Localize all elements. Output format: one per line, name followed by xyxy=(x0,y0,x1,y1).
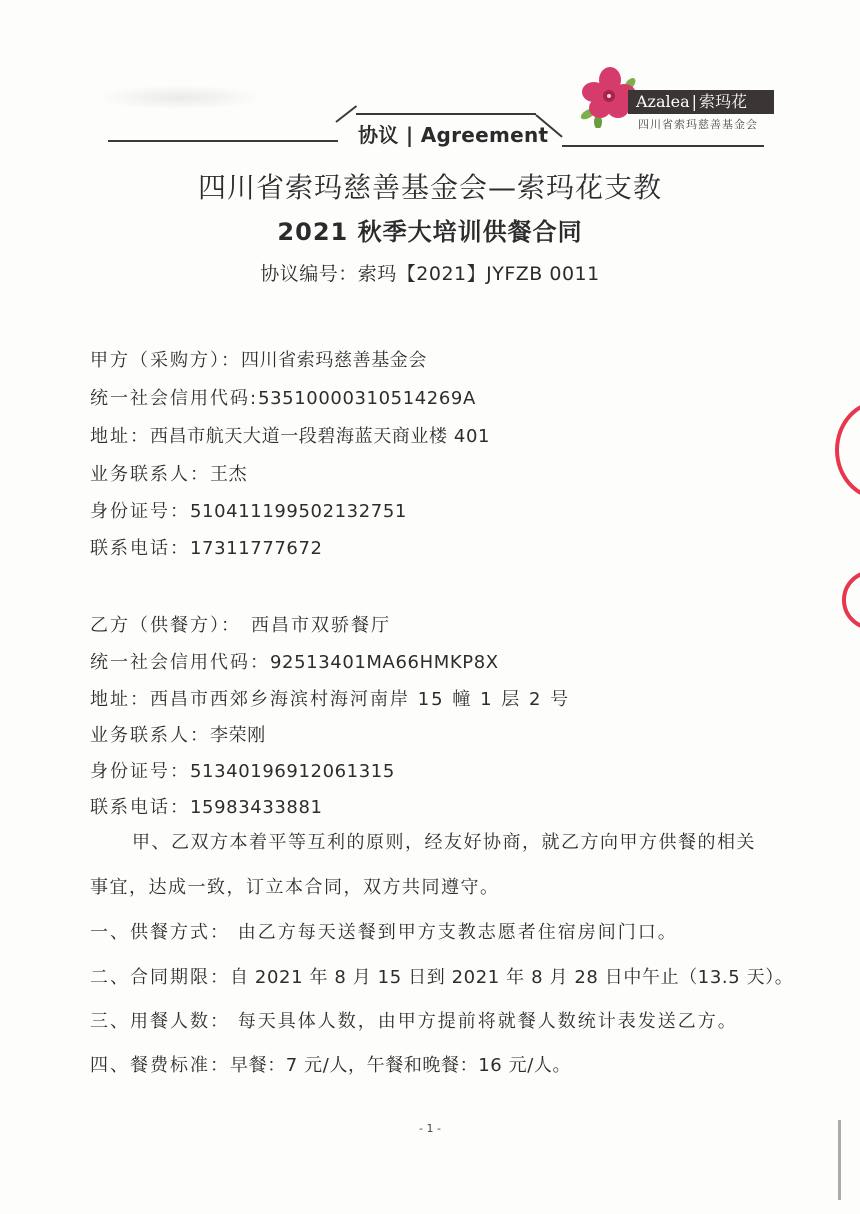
party-b-phone-label: 联系电话： xyxy=(90,797,190,818)
clause-4-label: 四、餐费标准： xyxy=(90,1055,230,1076)
party-b-phone-line: 联系电话：15983433881 xyxy=(90,793,323,819)
party-a-label: 甲方（采购方）： xyxy=(90,350,241,371)
party-b-credit-code: 92513401MA66HMKP8X xyxy=(270,652,499,673)
clause-4: 四、餐费标准：早餐：7 元/人，午餐和晚餐：16 元/人。 xyxy=(90,1051,571,1077)
party-b-address-label: 地址： xyxy=(90,689,150,710)
party-a-contact: 王杰 xyxy=(210,464,247,485)
party-a-id-number: 510411199502132751 xyxy=(190,501,407,522)
intro-line-2: 事宜，达成一致，订立本合同，双方共同遵守。 xyxy=(90,873,500,899)
document-subtitle: 2021 秋季大培训供餐合同 xyxy=(0,212,860,247)
party-b-phone: 15983433881 xyxy=(190,797,323,818)
party-b-address-line: 地址：西昌市西郊乡海滨村海河南岸 15 幢 1 层 2 号 xyxy=(90,685,570,711)
document-title: 四川省索玛慈善基金会—索玛花支教 xyxy=(0,166,860,206)
party-b-contact: 李荣刚 xyxy=(210,725,266,746)
party-a-address-label: 地址： xyxy=(90,426,150,447)
party-a-credit-code: 53510000310514269A xyxy=(258,388,476,409)
party-b-id-number: 51340196912061315 xyxy=(190,761,395,782)
party-a-credit-line: 统一社会信用代码:53510000310514269A xyxy=(90,384,476,410)
scan-smudge xyxy=(95,85,265,110)
party-a-name-line: 甲方（采购方）：四川省索玛慈善基金会 xyxy=(90,346,427,372)
party-a-contact-label: 业务联系人： xyxy=(90,464,210,485)
agreement-label: 协议 | Agreement xyxy=(358,119,548,148)
contract-page: 协议 | Agreement Azalea|索玛花 四川省索玛慈善基金会 四川省… xyxy=(0,0,860,1214)
party-a-credit-label: 统一社会信用代码: xyxy=(90,388,258,409)
header-rule-left xyxy=(108,140,338,142)
party-a-id-line: 身份证号：510411199502132751 xyxy=(90,497,407,523)
logo-brand-band: Azalea|索玛花 xyxy=(628,90,774,114)
party-b-credit-label: 统一社会信用代码： xyxy=(90,652,270,673)
party-b-label: 乙方（供餐方）： xyxy=(90,615,241,636)
red-seal-upper xyxy=(835,400,860,500)
party-a-address: 西昌市航天大道一段碧海蓝天商业楼 401 xyxy=(150,426,490,447)
clause-1-label: 一、供餐方式： xyxy=(90,922,230,943)
logo-subtitle: 四川省索玛慈善基金会 xyxy=(638,116,758,132)
clause-2-text: 自 2021 年 8 月 15 日到 2021 年 8 月 28 日中午止（13… xyxy=(230,967,793,988)
azalea-logo: Azalea|索玛花 四川省索玛慈善基金会 xyxy=(572,60,772,140)
scan-edge-mark xyxy=(838,1120,841,1200)
logo-brand-en: Azalea xyxy=(636,92,690,111)
party-b-id-line: 身份证号：51340196912061315 xyxy=(90,757,395,783)
party-b-contact-line: 业务联系人：李荣刚 xyxy=(90,721,266,747)
party-b-name: 西昌市双骄餐厅 xyxy=(251,615,391,636)
clause-1-text: 由乙方每天送餐到甲方支教志愿者住宿房间门口。 xyxy=(230,922,678,943)
intro-line-1: 甲、乙双方本着平等互利的原则，经友好协商，就乙方向甲方供餐的相关 xyxy=(132,828,756,854)
clause-3-label: 三、用餐人数： xyxy=(90,1011,230,1032)
party-a-phone: 17311777672 xyxy=(190,538,323,559)
clause-3-text: 每天具体人数，由甲方提前将就餐人数统计表发送乙方。 xyxy=(230,1011,738,1032)
party-b-id-label: 身份证号： xyxy=(90,761,190,782)
party-b-credit-line: 统一社会信用代码：92513401MA66HMKP8X xyxy=(90,648,499,674)
header-rule-slant-left xyxy=(335,105,357,123)
clause-4-text: 早餐：7 元/人，午餐和晚餐：16 元/人。 xyxy=(230,1055,571,1076)
clause-2-label: 二、合同期限： xyxy=(90,967,230,988)
party-a-contact-line: 业务联系人：王杰 xyxy=(90,460,247,486)
party-b-name-line: 乙方（供餐方）：西昌市双骄餐厅 xyxy=(90,611,391,637)
party-a-phone-line: 联系电话：17311777672 xyxy=(90,534,323,560)
party-a-phone-label: 联系电话： xyxy=(90,538,190,559)
logo-brand-cn: 索玛花 xyxy=(699,92,747,111)
header-rule-top xyxy=(356,113,536,115)
party-a-address-line: 地址：西昌市航天大道一段碧海蓝天商业楼 401 xyxy=(90,422,490,448)
party-a-id-label: 身份证号： xyxy=(90,501,190,522)
header-rule-right xyxy=(562,145,764,147)
clause-3: 三、用餐人数： 每天具体人数，由甲方提前将就餐人数统计表发送乙方。 xyxy=(90,1007,738,1033)
party-b-address: 西昌市西郊乡海滨村海河南岸 15 幢 1 层 2 号 xyxy=(150,689,570,710)
agreement-number: 协议编号：索玛【2021】JYFZB 0011 xyxy=(0,259,860,286)
clause-1: 一、供餐方式： 由乙方每天送餐到甲方支教志愿者住宿房间门口。 xyxy=(90,918,678,944)
clause-2: 二、合同期限：自 2021 年 8 月 15 日到 2021 年 8 月 28 … xyxy=(90,963,793,989)
party-a-name: 四川省索玛慈善基金会 xyxy=(241,350,427,371)
party-b-contact-label: 业务联系人： xyxy=(90,725,210,746)
red-seal-lower xyxy=(842,570,860,630)
page-number: - 1 - xyxy=(0,1122,860,1135)
